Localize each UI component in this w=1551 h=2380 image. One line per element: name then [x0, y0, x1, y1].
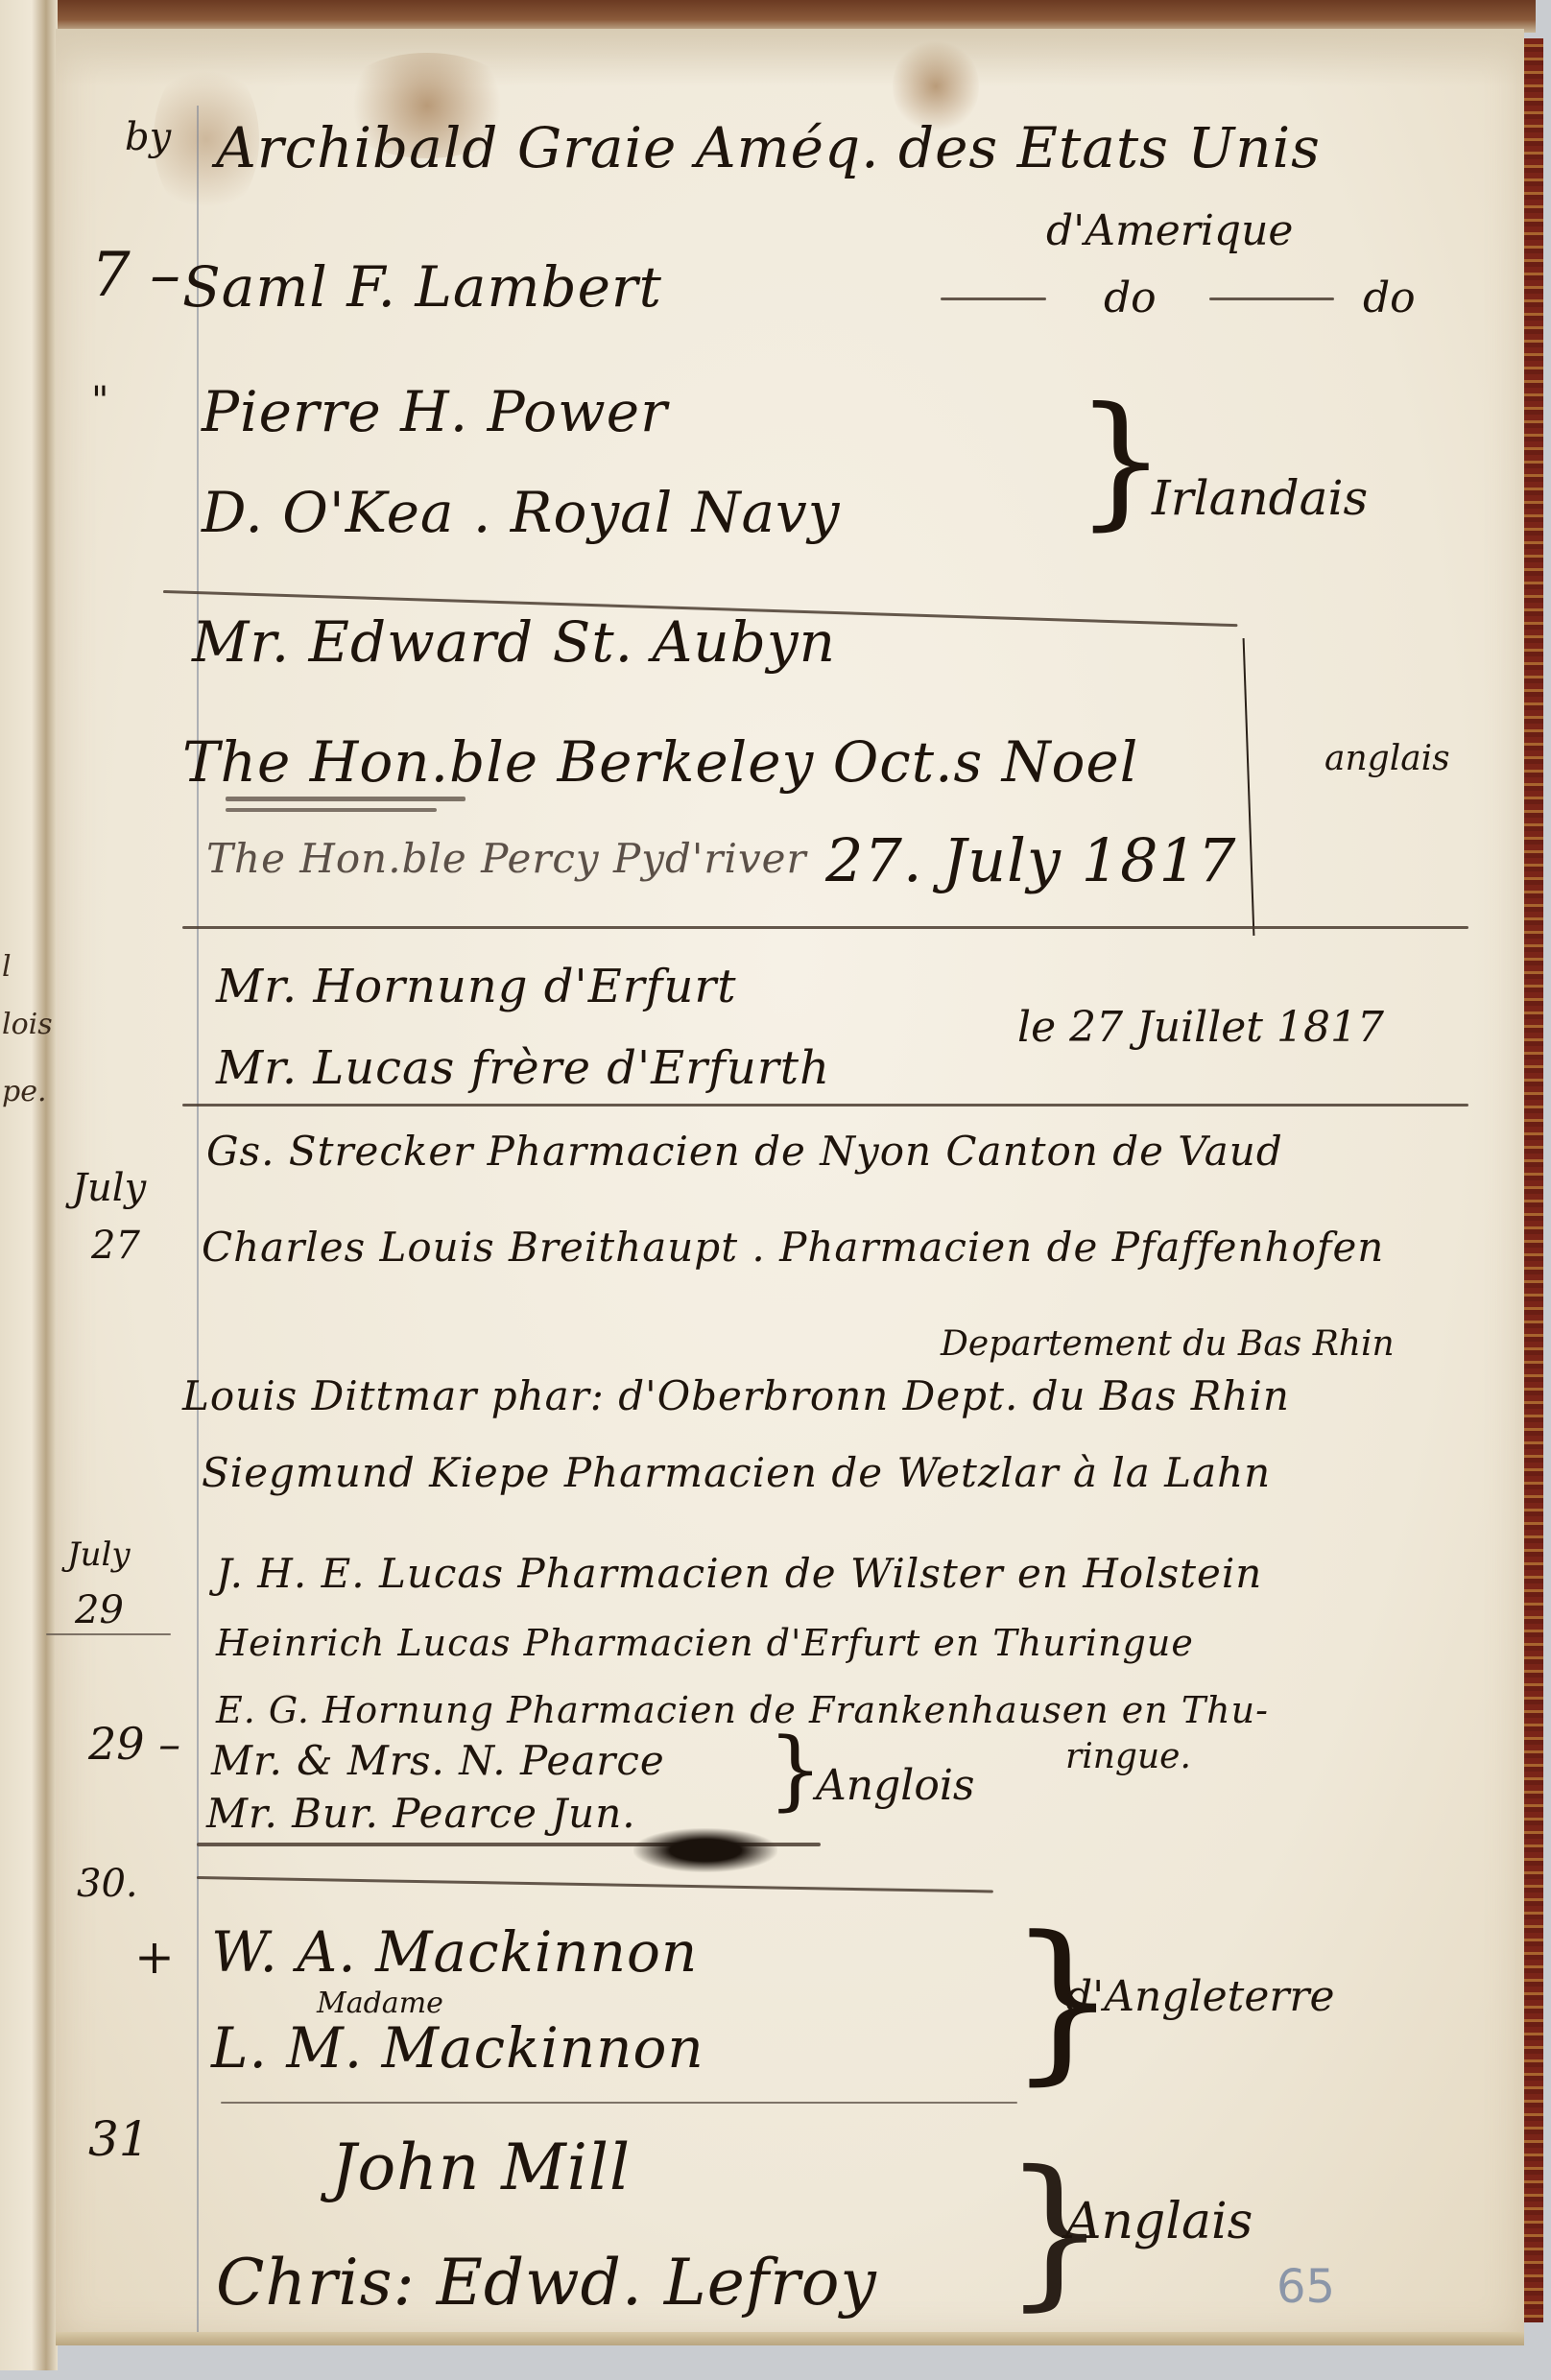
entry-name: Gs. Strecker Pharmacien de Nyon Canton d… [206, 1128, 1283, 1175]
margin-date: 31 [88, 2111, 150, 2167]
margin-date: 7 – [91, 240, 180, 311]
entry-name: John Mill [331, 2130, 631, 2204]
entry-date: le 27 Juillet 1817 [1017, 1003, 1384, 1052]
margin-dash [46, 1633, 171, 1635]
entry-name: Mr. Hornung d'Erfurt [216, 960, 737, 1013]
facing-page-fragment: lois [2, 1008, 53, 1041]
entry-name: Mr. Bur. Pearce Jun. [206, 1790, 636, 1837]
entry-name: E. G. Hornung Pharmacien de Frankenhause… [216, 1689, 1269, 1731]
margin-date: July [72, 1166, 146, 1210]
facing-page-fragment: l [2, 950, 12, 984]
entry-name: Mr. & Mrs. N. Pearce [211, 1737, 665, 1784]
entry-nationality: anglais [1324, 739, 1450, 778]
entry-nationality: Anglais [1065, 2193, 1253, 2250]
margin-date: 29 [75, 1588, 124, 1632]
entry-nationality: Irlandais [1152, 470, 1368, 526]
cross-mark: + [134, 1929, 175, 1985]
margin-rule [197, 106, 199, 2342]
entry-name: Mr. Edward St. Aubyn [192, 609, 836, 675]
entry-nationality: d'Amerique [1046, 206, 1293, 255]
entry-name: Charles Louis Breithaupt . Pharmacien de… [202, 1224, 1384, 1271]
entry-name: L. M. Mackinnon [211, 2015, 704, 2081]
entry-name: Archibald Graie Améq. des Etats Unis [216, 115, 1321, 180]
entry-ditto: do [1363, 274, 1416, 322]
entry-ditto: do [1104, 274, 1157, 322]
section-divider [182, 1104, 1468, 1107]
entry-continuation: ringue. [1065, 1737, 1191, 1776]
entry-name: Saml F. Lambert [182, 254, 662, 320]
page-top-shadow [56, 29, 1524, 86]
entry-name: Siegmund Kiepe Pharmacien de Wetzlar à l… [202, 1449, 1271, 1496]
entry-name: Chris: Edwd. Lefroy [216, 2246, 877, 2320]
entry-name: D. O'Kea . Royal Navy [202, 480, 841, 545]
entry-name: The Hon.ble Berkeley Oct.s Noel [182, 729, 1138, 795]
facing-page-fragment: pe. [2, 1075, 47, 1108]
entry-name: Louis Dittmar phar: d'Oberbronn Dept. du… [182, 1372, 1290, 1419]
entry-name: Pierre H. Power [202, 379, 668, 444]
ink-blot [633, 1828, 777, 1872]
book-cover-top [38, 0, 1536, 33]
entry-name: Mr. Lucas frère d'Erfurth [216, 1041, 830, 1095]
entry-date: 27. July 1817 [825, 825, 1236, 895]
entry-detail: Departement du Bas Rhin [941, 1324, 1395, 1364]
brace: } [768, 1727, 823, 1814]
margin-date: 30. [77, 1862, 138, 1906]
margin-date: 29 – [88, 1718, 180, 1770]
book-cover-edge [1522, 38, 1543, 2322]
margin-date: " [91, 379, 108, 423]
entry-name: The Hon.ble Percy Pyd'river [206, 835, 807, 882]
ditto-dash [1209, 297, 1334, 300]
entry-name: J. H. E. Lucas Pharmacien de Wilster en … [216, 1550, 1262, 1597]
margin-date: 27 [91, 1224, 140, 1268]
section-divider [182, 926, 1468, 929]
ditto-dash [941, 297, 1046, 300]
page-bottom-edge [56, 2332, 1524, 2345]
facing-page-edge: l lois pe. [0, 0, 58, 2370]
page-number: 65 [1277, 2260, 1335, 2314]
margin-date: July [67, 1535, 131, 1574]
entry-name: Heinrich Lucas Pharmacien d'Erfurt en Th… [216, 1622, 1194, 1664]
underline-strike [226, 797, 465, 801]
entry-nationality: Anglois [816, 1761, 975, 1810]
margin-date: by [125, 115, 171, 159]
entry-nationality: d'Angleterre [1065, 1972, 1334, 2021]
section-divider [221, 2102, 1017, 2104]
underline-strike [226, 808, 437, 812]
entry-name: W. A. Mackinnon [211, 1919, 698, 1985]
